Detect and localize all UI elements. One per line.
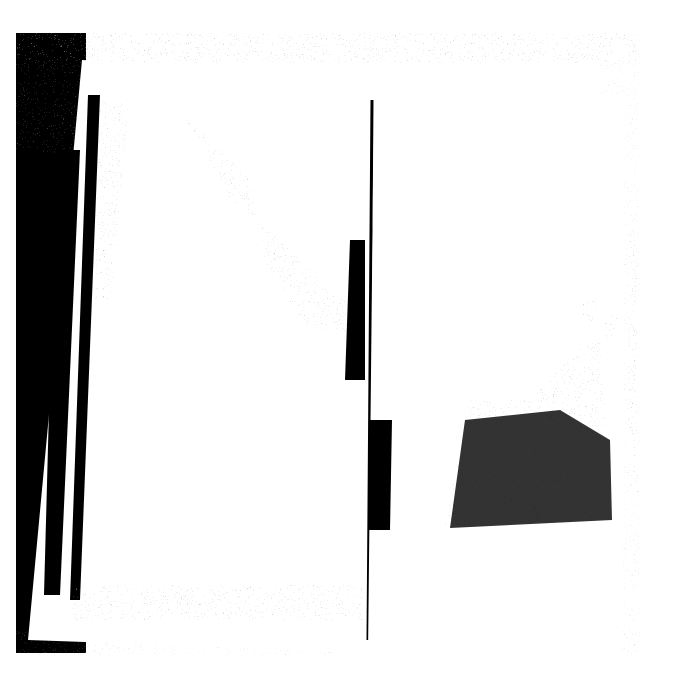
- right-paper-sheet: [368, 90, 638, 655]
- left-paper-sheet: [28, 60, 370, 652]
- photograph: High-contrast black and white photograph…: [0, 0, 700, 700]
